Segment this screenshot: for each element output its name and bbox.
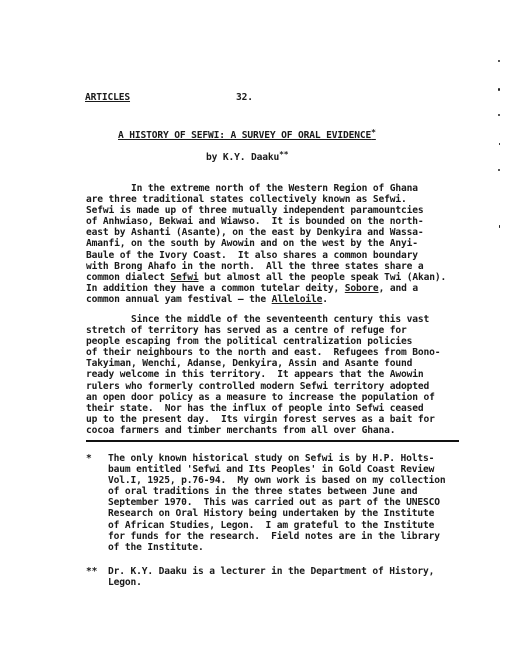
paragraph-line: people escaping from the political centr… — [86, 336, 466, 347]
paragraph-line: Since the middle of the seventeenth cent… — [86, 314, 466, 325]
footnote-line: for funds for the research. Field notes … — [108, 531, 468, 542]
paragraph-line: of their neighbours to the north and eas… — [86, 347, 466, 358]
scan-speck — [498, 88, 500, 91]
title-footnote-marker: * — [371, 128, 376, 137]
text-run: common dialect — [86, 272, 170, 283]
paragraph-line: In the extreme north of the Western Regi… — [86, 183, 466, 194]
paragraph-line: cocoa farmers and timber merchants from … — [86, 425, 466, 436]
paragraph-line: with Brong Ahafo in the north. All the t… — [86, 261, 466, 272]
footnote-marker: ** — [86, 566, 97, 577]
text-run: , and a — [379, 283, 418, 294]
footnote-body: The only known historical study on Sefwi… — [108, 453, 468, 553]
paragraph-line: common dialect Sefwi but almost all the … — [86, 272, 466, 283]
footnote-line: Vol.I, 1925, p.76-94. My own work is bas… — [108, 475, 468, 486]
text-run: In addition they have a common tutelar d… — [86, 283, 345, 294]
footnote-line: of oral traditions in the three states b… — [108, 486, 468, 497]
footnote-line: Dr. K.Y. Daaku is a lecturer in the Depa… — [108, 566, 468, 577]
paragraph-line: of Anhwiaso, Bekwai and Wiawso. It is bo… — [86, 216, 466, 227]
paragraph-line: Baule of the Ivory Coast. It also shares… — [86, 250, 466, 261]
text-run: common annual yam festival — the — [86, 294, 272, 305]
article-title-text: A HISTORY OF SEFWI: A SURVEY OF ORAL EVI… — [118, 130, 371, 141]
footnote-marker: * — [86, 453, 92, 464]
author-footnote-marker: ** — [279, 150, 288, 159]
footnote-line: The only known historical study on Sefwi… — [108, 453, 468, 464]
paragraph-line: Takyiman, Wenchi, Adanse, Denkyira, Assi… — [86, 358, 466, 369]
underlined-term-sefwi: Sefwi — [170, 272, 198, 283]
paragraph-line: an open door policy as a measure to incr… — [86, 392, 466, 403]
paragraph-line: ready welcome in this territory. It appe… — [86, 369, 466, 380]
document-page: ARTICLES 32. A HISTORY OF SEFWI: A SURVE… — [0, 0, 528, 650]
paragraph-line: east by Ashanti (Asante), on the east by… — [86, 227, 466, 238]
footnote-line: of the Institute. — [108, 542, 468, 553]
scan-speck — [498, 60, 500, 62]
paragraph-line: rulers who formerly controlled modern Se… — [86, 381, 466, 392]
byline-text: by K.Y. Daaku — [206, 152, 279, 163]
footnote-line: of African Studies, Legon. I am grateful… — [108, 520, 468, 531]
footnote-line: September 1970. This was carried out as … — [108, 497, 468, 508]
paragraph-line: their state. Nor has the influx of peopl… — [86, 403, 466, 414]
text-run: but almost all the people speak Twi (Aka… — [199, 272, 447, 283]
paragraph-line: Sefwi is made up of three mutually indep… — [86, 205, 466, 216]
paragraph-line: Amanfi, on the south by Awowin and on th… — [86, 238, 466, 249]
text-run: . — [322, 294, 328, 305]
paragraph-line: stretch of territory has served as a cen… — [86, 325, 466, 336]
paragraph-line: common annual yam festival — the Alleloi… — [86, 294, 466, 305]
paragraph-line: In addition they have a common tutelar d… — [86, 283, 466, 294]
byline: by K.Y. Daaku** — [206, 150, 288, 163]
section-label: ARTICLES — [85, 92, 130, 103]
paragraph-1: In the extreme north of the Western Regi… — [86, 183, 466, 305]
footnote-line: Legon. — [108, 577, 468, 588]
paragraph-line: up to the present day. Its virgin forest… — [86, 414, 466, 425]
scan-speck — [499, 225, 500, 228]
scan-speck — [499, 143, 500, 145]
underlined-term-sobore: Sobore — [345, 283, 379, 294]
scan-speck — [498, 114, 500, 116]
article-title: A HISTORY OF SEFWI: A SURVEY OF ORAL EVI… — [118, 128, 376, 141]
footnote-body: Dr. K.Y. Daaku is a lecturer in the Depa… — [108, 566, 468, 588]
footnote-divider — [86, 440, 459, 442]
footnote-line: Research on Oral History being undertake… — [108, 508, 468, 519]
underlined-term-alleloile: Alleloile — [272, 294, 323, 305]
paragraph-line: are three traditional states collectivel… — [86, 194, 466, 205]
scan-speck — [498, 169, 500, 171]
page-number: 32. — [236, 92, 253, 103]
paragraph-2: Since the middle of the seventeenth cent… — [86, 314, 466, 436]
footnote-line: baum entitled 'Sefwi and Its Peoples' in… — [108, 464, 468, 475]
